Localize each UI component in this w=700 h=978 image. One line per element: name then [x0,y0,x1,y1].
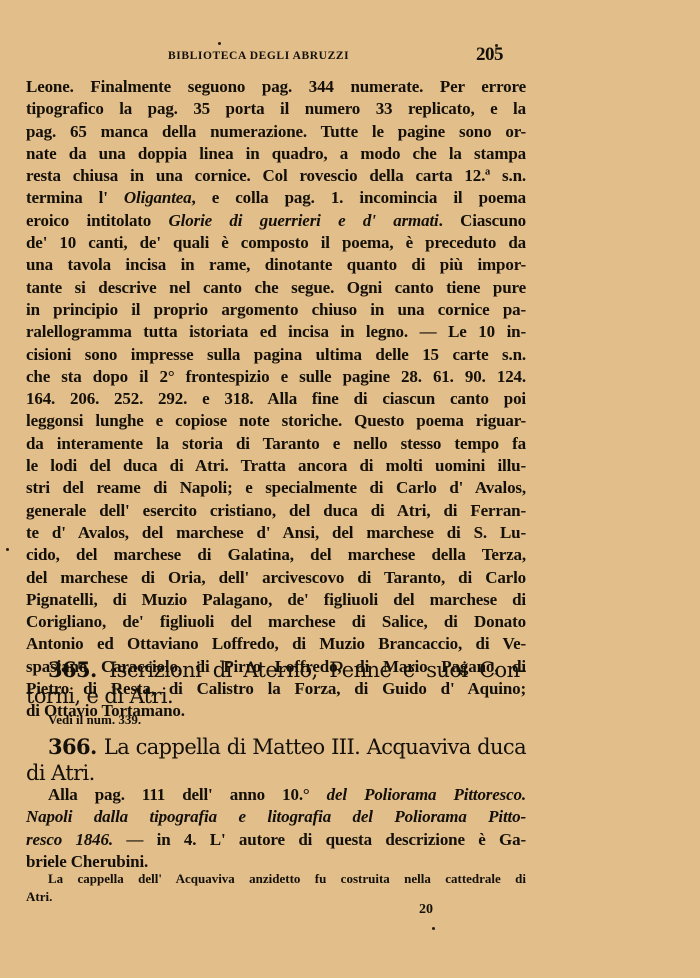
scan-speck [495,44,498,47]
scan-speck [6,548,9,551]
text-line: Atri. [26,888,526,906]
signature-mark: 20 [419,902,433,918]
text-line: Napoli dalla tipografia e litografia del… [26,806,526,828]
text-line: Corigliano, de' figliuoli del marchese d… [26,611,526,633]
text-line: 164. 206. 252. 292. e 318. Alla fine di … [26,388,526,410]
italic-title: resco 1846. [26,830,113,849]
text-line: Pignatelli, di Muzio Palagano, de' figli… [26,589,526,611]
text-line: eroico intitolato Glorie di guerrieri e … [26,210,526,232]
text-line: in principio il proprio argomento chiuso… [26,299,526,321]
text-line: resco 1846. — in 4. L' autore di questa … [26,829,526,851]
text-line: tipografico la pag. 35 porta il numero 3… [26,98,526,120]
text-line: stri del reame di Napoli; e specialmente… [26,477,526,499]
text-line: resta chiusa in una cornice. Col rovesci… [26,165,526,187]
italic-title: Oligantea [124,188,192,207]
text-line: che sta dopo il 2° frontespizio e sulle … [26,366,526,388]
italic-title: Glorie di guerrieri e d' armati [169,211,439,230]
text-line: termina l' Oligantea, e colla pag. 1. in… [26,187,526,209]
continuation-paragraph: Leone. Finalmente seguono pag. 344 numer… [26,76,526,723]
page-number: 205 [476,44,503,66]
running-head: BIBLIOTECA DEGLI ABRUZZI 205 [0,44,700,68]
entry-365-heading: 365. Iscrizioni di Aterno, Penne e suoi … [26,657,526,709]
entry-365-cross-reference: Vedi il num. 339. [26,711,526,729]
text-line: da interamente la storia di Taranto e ne… [26,433,526,455]
text-line: cisioni sono impresse sulla pagina ultim… [26,344,526,366]
book-page: BIBLIOTECA DEGLI ABRUZZI 205 Leone. Fina… [0,0,700,978]
text-line: 366. La cappella di Matteo III. Acquaviv… [26,734,526,760]
text-line: 365. Iscrizioni di Aterno, Penne e suoi … [26,657,526,683]
text-line: tante si descrive nel canto che segue. O… [26,277,526,299]
entry-number: 366. [48,734,104,759]
text-line: Antonio ed Ottaviano Loffredo, di Muzio … [26,633,526,655]
text-line: te d' Avalos, del marchese d' Ansi, del … [26,522,526,544]
entry-366-note: La cappella dell' Acquaviva anzidetto fu… [26,870,526,906]
text-line: le lodi del duca di Atri. Tratta ancora … [26,455,526,477]
text-line: una tavola incisa in rame, dinotante qua… [26,254,526,276]
entry-366-body: Alla pag. 111 dell' anno 10.° del Polior… [26,784,526,873]
italic-title: del Poliorama Pittoresco. [327,785,526,804]
scan-speck [218,42,221,45]
text-line: generale dell' esercito cristiano, del d… [26,500,526,522]
running-title: BIBLIOTECA DEGLI ABRUZZI [168,50,349,62]
text-line: ralellogramma tutta istoriata ed incisa … [26,321,526,343]
text-line: del marchese di Oria, dell' arcivescovo … [26,567,526,589]
entry-number: 365. [48,657,109,682]
entry-366-heading: 366. La cappella di Matteo III. Acquaviv… [26,734,526,786]
text-line: nate da una doppia linea in quadro, a mo… [26,143,526,165]
text-line: de' 10 canti, de' quali è composto il po… [26,232,526,254]
scan-speck [432,927,435,930]
text-line: torni, e di Atri. [26,683,526,709]
cross-reference: Vedi il num. 339. [26,711,526,729]
text-line: Alla pag. 111 dell' anno 10.° del Polior… [26,784,526,806]
text-line: pag. 65 manca della numerazione. Tutte l… [26,121,526,143]
text-line: leggonsi lunghe e copiose note storiche.… [26,410,526,432]
italic-title: Napoli dalla tipografia e litografia del… [26,807,526,826]
text-line: La cappella dell' Acquaviva anzidetto fu… [26,870,526,888]
text-line: di Atri. [26,760,526,786]
text-line: Leone. Finalmente seguono pag. 344 numer… [26,76,526,98]
text-line: cido, del marchese di Galatina, del marc… [26,544,526,566]
